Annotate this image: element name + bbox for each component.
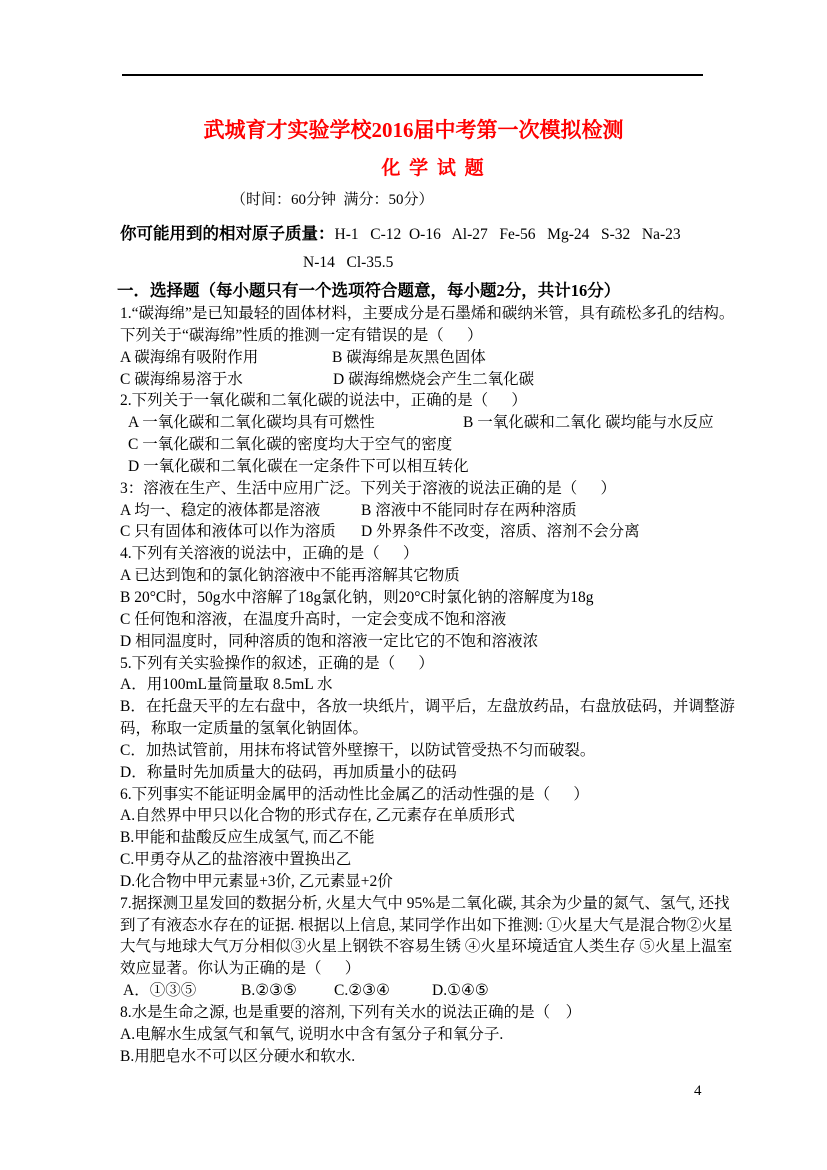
text-segment: C 一氧化碳和二氧化碳的密度均大于空气的密度 bbox=[128, 434, 452, 456]
q4-option-d: D 相同温度时，同种溶质的饱和溶液一定比它的不饱和溶液浓 bbox=[120, 631, 720, 653]
question-body: 1.“碳海绵”是已知最轻的固体材料，主要成分是石墨烯和碳纳米管，具有疏松多孔的结… bbox=[120, 303, 720, 1068]
q3-stem: 3：溶液在生产、生活中应用广泛。下列关于溶液的说法正确的是（ ） bbox=[120, 478, 720, 500]
q6-option-b: B.甲能和盐酸反应生成氢气, 而乙不能 bbox=[120, 827, 720, 849]
text-segment: C 任何饱和溶液，在温度升高时，一定会变成不饱和溶液 bbox=[120, 609, 506, 631]
text-segment: C．加热试管前，用抹布将试管外壁擦干，以防试管受热不匀而破裂。 bbox=[120, 740, 595, 762]
q2-stem: 2.下列关于一氧化碳和二氧化碳的说法中，正确的是（ ） bbox=[120, 390, 720, 412]
q2-option-d: D 一氧化碳和二氧化碳在一定条件下可以相互转化 bbox=[120, 456, 720, 478]
q5-option-a: A．用100mL量筒量取 8.5mL 水 bbox=[120, 674, 720, 696]
q8-option-a: A.电解水生成氢气和氧气, 说明水中含有氢分子和氧分子. bbox=[120, 1024, 720, 1046]
atomic-mass-values: H-1 C-12 O-16 Al-27 Fe-56 Mg-24 S-32 Na-… bbox=[335, 226, 681, 243]
text-segment: A 碳海绵有吸附作用 bbox=[120, 347, 258, 369]
q1-text-line1: 1.“碳海绵”是已知最轻的固体材料，主要成分是石墨烯和碳纳米管，具有疏松多孔的结… bbox=[120, 303, 720, 325]
q4-option-b: B 20°C时，50g水中溶解了18g氯化钠，则20°C时氯化钠的溶解度为18g bbox=[120, 587, 720, 609]
exam-paper-page: 武城育才实验学校2016届中考第一次模拟检测 化 学 试 题 （时间：60分钟 … bbox=[0, 0, 827, 1170]
text-segment: B.②③⑤ bbox=[241, 980, 297, 1002]
q3-options-ab: A 均一、稳定的液体都是溶液B 溶液中不能同时存在两种溶质 bbox=[120, 500, 720, 522]
q5-stem: 5.下列有关实验操作的叙述，正确的是（ ） bbox=[120, 653, 720, 675]
exam-info: （时间：60分钟 满分：50分） bbox=[231, 188, 434, 209]
q6-option-d: D.化合物中甲元素显+3价, 乙元素显+2价 bbox=[120, 871, 720, 893]
text-segment: D 相同温度时，同种溶质的饱和溶液一定比它的不饱和溶液浓 bbox=[120, 631, 538, 653]
text-segment: B 碳海绵是灰黑色固体 bbox=[332, 347, 486, 369]
text-segment: B.用肥皂水不可以区分硬水和软水. bbox=[120, 1046, 355, 1068]
text-segment: D 碳海绵燃烧会产生二氧化碳 bbox=[333, 369, 534, 391]
text-segment: 到了有液态水存在的证据. 根据以上信息, 某同学作出如下推测: ①火星大气是混合… bbox=[120, 915, 733, 937]
text-segment: D．称量时先加质量大的砝码，再加质量小的砝码 bbox=[120, 762, 457, 784]
header-rule bbox=[122, 74, 703, 76]
q1-options-ab: A 碳海绵有吸附作用B 碳海绵是灰黑色固体 bbox=[120, 347, 720, 369]
atomic-mass-label: 你可能用到的相对原子质量： bbox=[120, 224, 335, 243]
q4-option-c: C 任何饱和溶液，在温度升高时，一定会变成不饱和溶液 bbox=[120, 609, 720, 631]
exam-title: 武城育才实验学校2016届中考第一次模拟检测 bbox=[110, 114, 717, 144]
text-segment: D 外界条件不改变，溶质、溶剂不会分离 bbox=[361, 521, 640, 543]
q8-option-b: B.用肥皂水不可以区分硬水和软水. bbox=[120, 1046, 720, 1068]
q6-option-a: A.自然界中甲只以化合物的形式存在, 乙元素存在单质形式 bbox=[120, 805, 720, 827]
q5-option-b-line1: B．在托盘天平的左右盘中，各放一块纸片，调平后，左盘放药品，右盘放砝码，并调整游 bbox=[120, 696, 720, 718]
q1-text-line2: 下列关于“碳海绵”性质的推测一定有错误的是（ ） bbox=[120, 325, 720, 347]
text-segment: D 一氧化碳和二氧化碳在一定条件下可以相互转化 bbox=[128, 456, 469, 478]
text-segment: 4.下列有关溶液的说法中，正确的是（ ） bbox=[120, 543, 418, 565]
text-segment: A.电解水生成氢气和氧气, 说明水中含有氢分子和氧分子. bbox=[120, 1024, 503, 1046]
q7-text-line4: 效应显著。你认为正确的是（ ） bbox=[120, 958, 720, 980]
q2-option-c: C 一氧化碳和二氧化碳的密度均大于空气的密度 bbox=[120, 434, 720, 456]
text-segment: B.甲能和盐酸反应生成氢气, 而乙不能 bbox=[120, 827, 374, 849]
text-segment: A 均一、稳定的液体都是溶液 bbox=[120, 500, 320, 522]
text-segment: A 已达到饱和的氯化钠溶液中不能再溶解其它物质 bbox=[120, 565, 460, 587]
atomic-mass-line2: N-14 Cl-35.5 bbox=[303, 254, 393, 272]
q3-options-cd: C 只有固体和液体可以作为溶质D 外界条件不改变，溶质、溶剂不会分离 bbox=[120, 521, 720, 543]
q7-text-line3: 大气与地球大气万分相似③火星上钢铁不容易生锈 ④火星环境适宜人类生存 ⑤火星上温… bbox=[120, 936, 720, 958]
text-segment: D.①④⑤ bbox=[432, 980, 489, 1002]
q8-stem: 8.水是生命之源, 也是重要的溶剂, 下列有关水的说法正确的是（ ） bbox=[120, 1002, 720, 1024]
q5-option-c: C．加热试管前，用抹布将试管外壁擦干，以防试管受热不匀而破裂。 bbox=[120, 740, 720, 762]
text-segment: 8.水是生命之源, 也是重要的溶剂, 下列有关水的说法正确的是（ ） bbox=[120, 1002, 581, 1024]
q4-option-a: A 已达到饱和的氯化钠溶液中不能再溶解其它物质 bbox=[120, 565, 720, 587]
text-segment: B 溶液中不能同时存在两种溶质 bbox=[361, 500, 577, 522]
text-segment: 码，称取一定质量的氢氧化钠固体。 bbox=[120, 718, 368, 740]
text-segment: B．在托盘天平的左右盘中，各放一块纸片，调平后，左盘放药品，右盘放砝码，并调整游 bbox=[120, 696, 735, 718]
exam-subtitle: 化 学 试 题 bbox=[130, 153, 737, 180]
text-segment: A．用100mL量筒量取 8.5mL 水 bbox=[120, 674, 333, 696]
text-segment: 2.下列关于一氧化碳和二氧化碳的说法中，正确的是（ ） bbox=[120, 390, 527, 412]
q6-option-c: C.甲勇夺从乙的盐溶液中置换出乙 bbox=[120, 849, 720, 871]
text-segment: 6.下列事实不能证明金属甲的活动性比金属乙的活动性强的是（ ） bbox=[120, 784, 589, 806]
text-segment: 1.“碳海绵”是已知最轻的固体材料，主要成分是石墨烯和碳纳米管，具有疏松多孔的结… bbox=[120, 303, 734, 325]
q1-options-cd: C 碳海绵易溶于水D 碳海绵燃烧会产生二氧化碳 bbox=[120, 369, 720, 391]
text-segment: A．①③⑤ bbox=[123, 980, 196, 1002]
text-segment: C 碳海绵易溶于水 bbox=[120, 369, 243, 391]
q5-option-d: D．称量时先加质量大的砝码，再加质量小的砝码 bbox=[120, 762, 720, 784]
q7-text-line1: 7.据探测卫星发回的数据分析, 火星大气中 95%是二氧化碳, 其余为少量的氮气… bbox=[120, 893, 720, 915]
q7-answer-options: A．①③⑤B.②③⑤C.②③④D.①④⑤ bbox=[120, 980, 720, 1002]
text-segment: 效应显著。你认为正确的是（ ） bbox=[120, 958, 360, 980]
text-segment: 7.据探测卫星发回的数据分析, 火星大气中 95%是二氧化碳, 其余为少量的氮气… bbox=[120, 893, 730, 915]
text-segment: D.化合物中甲元素显+3价, 乙元素显+2价 bbox=[120, 871, 393, 893]
text-segment: A 一氧化碳和二氧化碳均具有可燃性 bbox=[128, 412, 375, 434]
text-segment: C.甲勇夺从乙的盐溶液中置换出乙 bbox=[120, 849, 351, 871]
text-segment: 下列关于“碳海绵”性质的推测一定有错误的是（ ） bbox=[120, 325, 483, 347]
text-segment: C 只有固体和液体可以作为溶质 bbox=[120, 521, 336, 543]
atomic-mass-line: 你可能用到的相对原子质量：H-1 C-12 O-16 Al-27 Fe-56 M… bbox=[120, 220, 681, 244]
text-segment: 5.下列有关实验操作的叙述，正确的是（ ） bbox=[120, 653, 434, 675]
text-segment: A.自然界中甲只以化合物的形式存在, 乙元素存在单质形式 bbox=[120, 805, 515, 827]
text-segment: C.②③④ bbox=[334, 980, 390, 1002]
text-segment: B 一氧化碳和二氧化 碳均能与水反应 bbox=[463, 412, 714, 434]
section-heading: 一．选择题（每小题只有一个选项符合题意，每小题2分，共计16分） bbox=[117, 277, 620, 301]
q6-stem: 6.下列事实不能证明金属甲的活动性比金属乙的活动性强的是（ ） bbox=[120, 784, 720, 806]
text-segment: 大气与地球大气万分相似③火星上钢铁不容易生锈 ④火星环境适宜人类生存 ⑤火星上温… bbox=[120, 936, 732, 958]
q4-stem: 4.下列有关溶液的说法中，正确的是（ ） bbox=[120, 543, 720, 565]
q2-options-ab: A 一氧化碳和二氧化碳均具有可燃性B 一氧化碳和二氧化 碳均能与水反应 bbox=[120, 412, 720, 434]
q7-text-line2: 到了有液态水存在的证据. 根据以上信息, 某同学作出如下推测: ①火星大气是混合… bbox=[120, 915, 720, 937]
page-number: 4 bbox=[694, 1083, 702, 1100]
q5-option-b-line2: 码，称取一定质量的氢氧化钠固体。 bbox=[120, 718, 720, 740]
text-segment: 3：溶液在生产、生活中应用广泛。下列关于溶液的说法正确的是（ ） bbox=[120, 478, 616, 500]
text-segment: B 20°C时，50g水中溶解了18g氯化钠，则20°C时氯化钠的溶解度为18g bbox=[120, 587, 594, 609]
